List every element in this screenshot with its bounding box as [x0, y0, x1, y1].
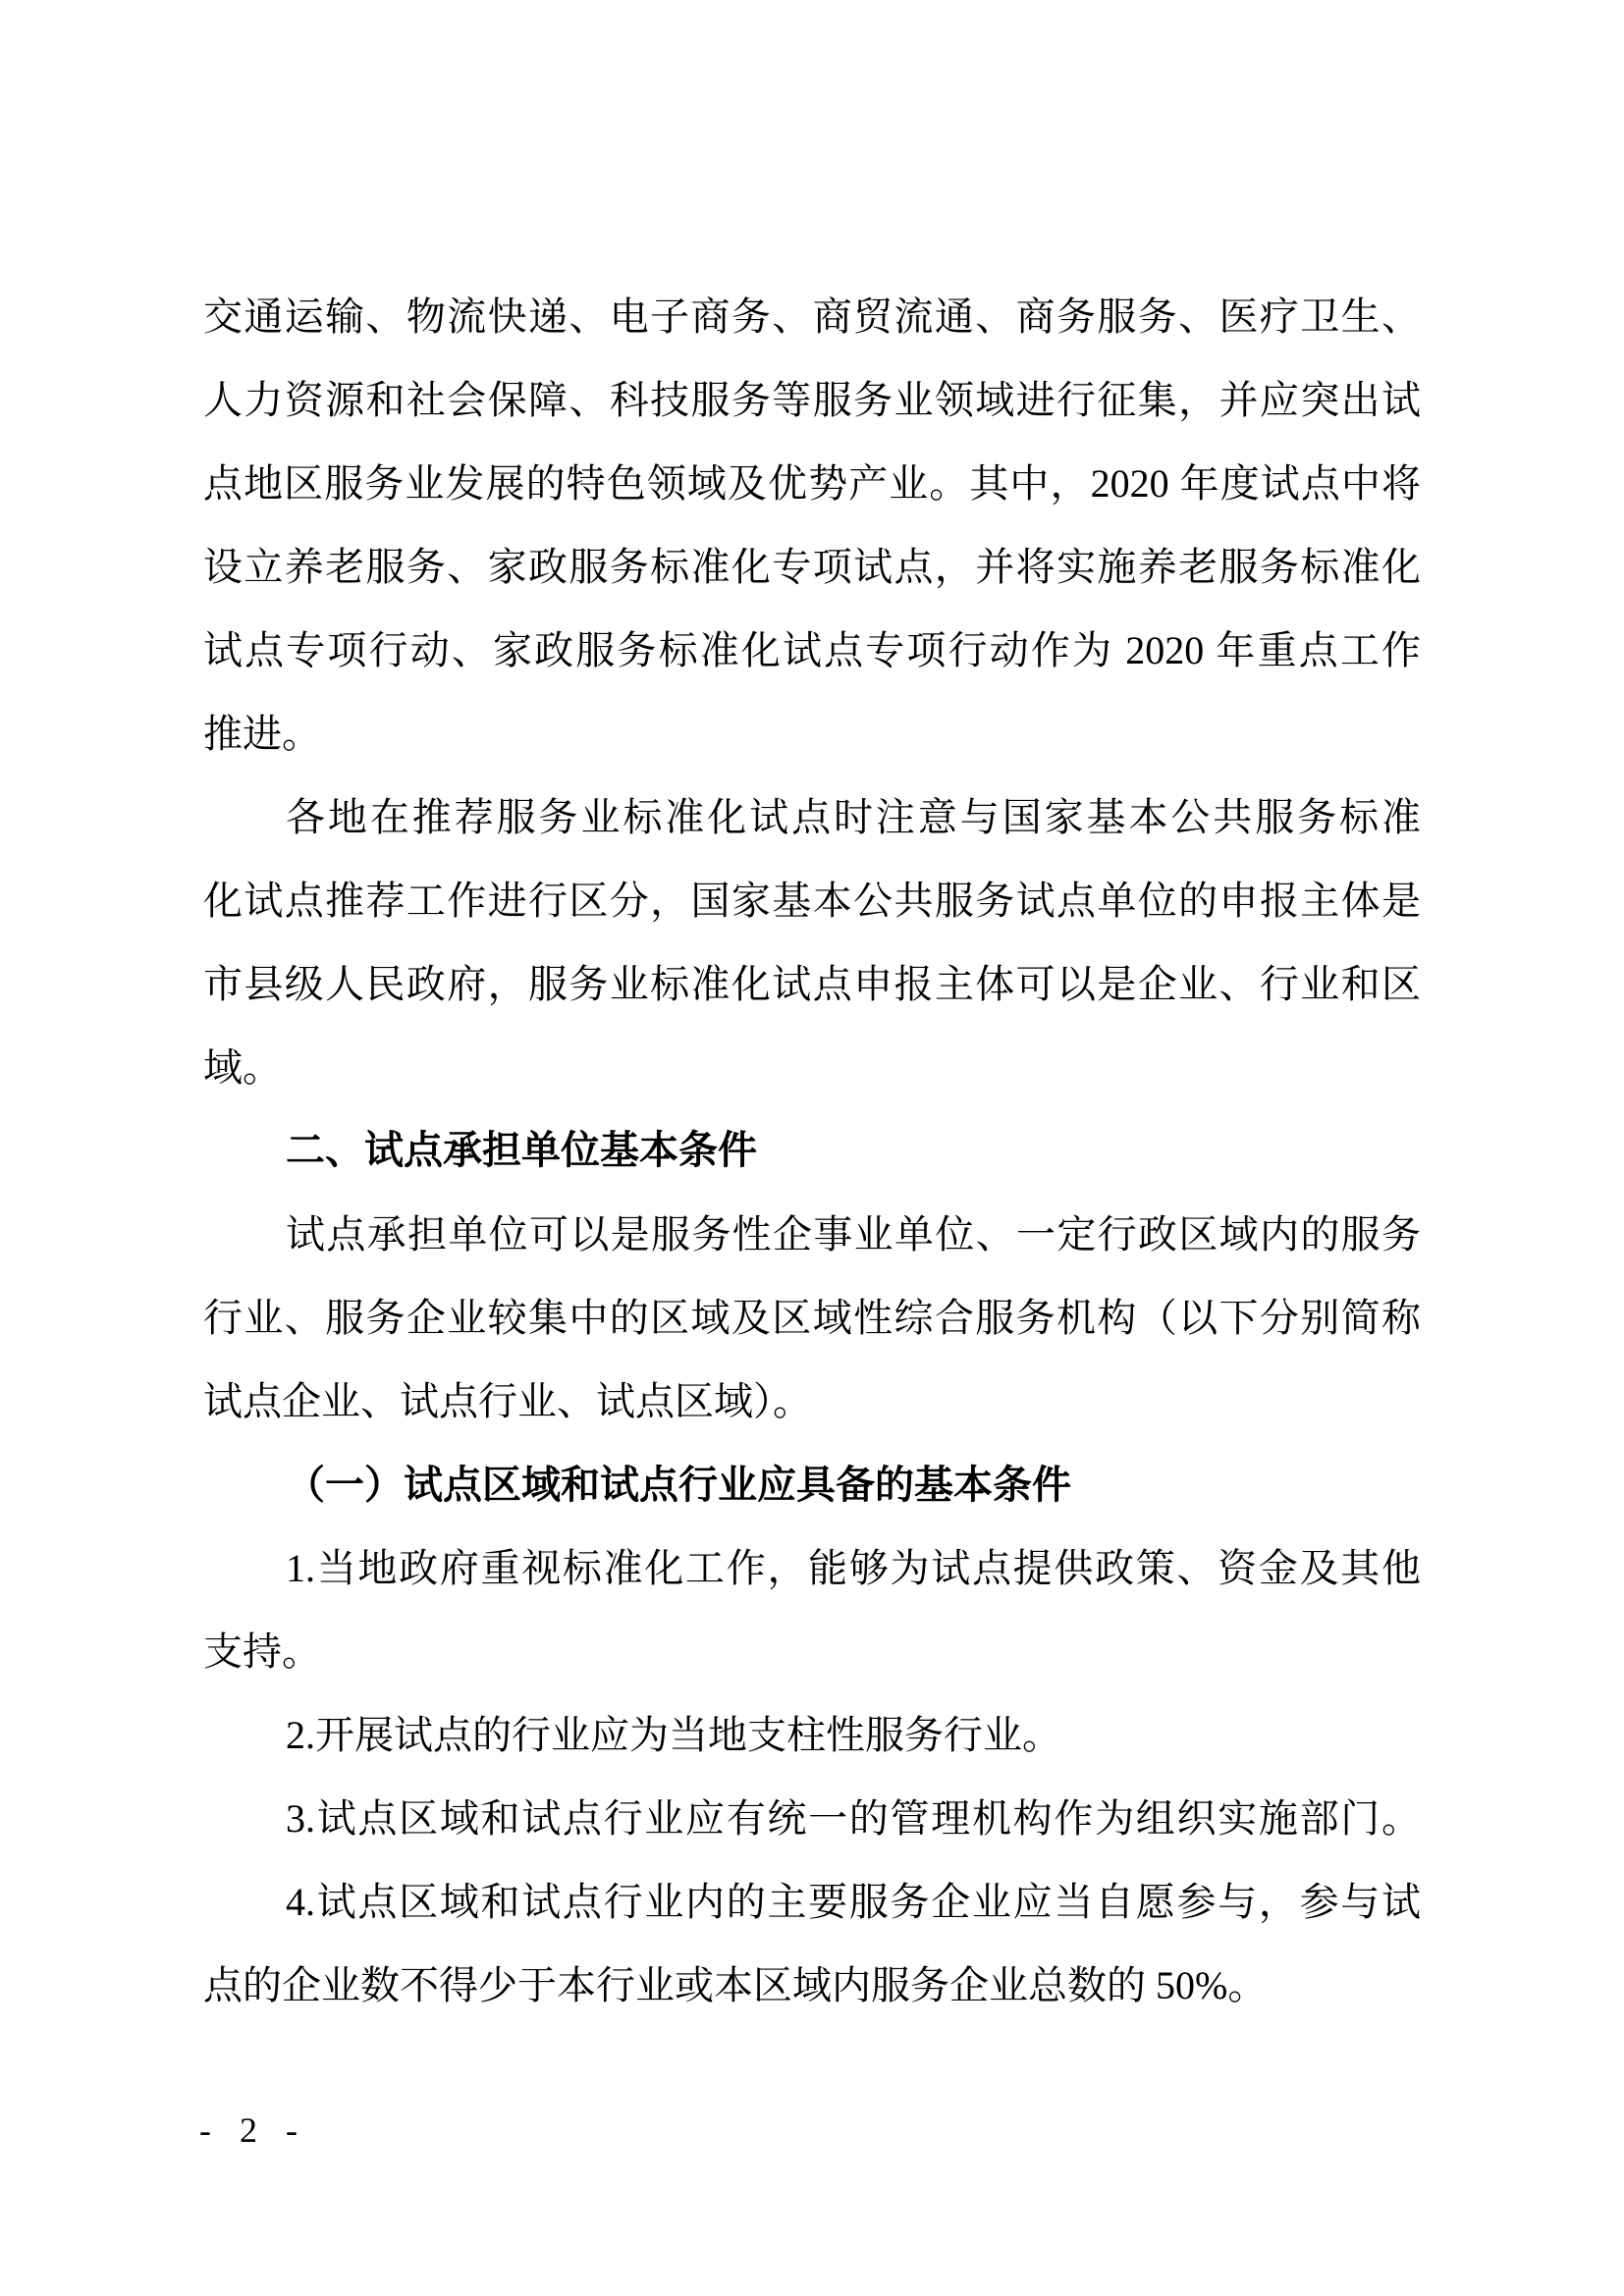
- subsection-heading: （一）试点区域和试点行业应具备的基本条件: [203, 1443, 1421, 1526]
- paragraph: 1.当地政府重视标准化工作，能够为试点提供政策、资金及其他 支持。: [203, 1526, 1421, 1693]
- paragraph: 各地在推荐服务业标准化试点时注意与国家基本公共服务标准 化试点推荐工作进行区分，…: [203, 775, 1421, 1109]
- body-line: 推进。: [203, 692, 1421, 775]
- body-line: 市县级人民政府，服务业标准化试点申报主体可以是企业、行业和区: [203, 942, 1421, 1026]
- body-line: 2.开展试点的行业应为当地支柱性服务行业。: [203, 1693, 1421, 1777]
- body-line: 化试点推荐工作进行区分，国家基本公共服务试点单位的申报主体是: [203, 859, 1421, 942]
- paragraph: 交通运输、物流快递、电子商务、商贸流通、商务服务、医疗卫生、 人力资源和社会保障…: [203, 275, 1421, 775]
- body-line: 各地在推荐服务业标准化试点时注意与国家基本公共服务标准: [203, 775, 1421, 859]
- page-number: - 2 -: [199, 2109, 307, 2152]
- paragraph: 2.开展试点的行业应为当地支柱性服务行业。: [203, 1693, 1421, 1777]
- body-line: 域。: [203, 1026, 1421, 1109]
- paragraph: 3.试点区域和试点行业应有统一的管理机构作为组织实施部门。: [203, 1777, 1421, 1860]
- body-line: 3.试点区域和试点行业应有统一的管理机构作为组织实施部门。: [203, 1777, 1421, 1860]
- paragraph: 试点承担单位可以是服务性企事业单位、一定行政区域内的服务 行业、服务企业较集中的…: [203, 1193, 1421, 1443]
- body-line: 设立养老服务、家政服务标准化专项试点，并将实施养老服务标准化: [203, 525, 1421, 609]
- body-line: 行业、服务企业较集中的区域及区域性综合服务机构（以下分别简称: [203, 1276, 1421, 1360]
- section-heading: 二、试点承担单位基本条件: [203, 1109, 1421, 1193]
- body-line: 支持。: [203, 1610, 1421, 1693]
- body-line: 试点企业、试点行业、试点区域）。: [203, 1360, 1421, 1443]
- body-line: 点的企业数不得少于本行业或本区域内服务企业总数的 50%。: [203, 1944, 1421, 2027]
- paragraph: 4.试点区域和试点行业内的主要服务企业应当自愿参与，参与试 点的企业数不得少于本…: [203, 1860, 1421, 2027]
- body-line: 点地区服务业发展的特色领域及优势产业。其中，2020 年度试点中将: [203, 442, 1421, 525]
- body-line: 人力资源和社会保障、科技服务等服务业领域进行征集，并应突出试: [203, 358, 1421, 442]
- body-line: 4.试点区域和试点行业内的主要服务企业应当自愿参与，参与试: [203, 1860, 1421, 1944]
- body-line: 交通运输、物流快递、电子商务、商贸流通、商务服务、医疗卫生、: [203, 275, 1421, 358]
- document-page: 交通运输、物流快递、电子商务、商贸流通、商务服务、医疗卫生、 人力资源和社会保障…: [0, 0, 1624, 2296]
- body-line: 试点承担单位可以是服务性企事业单位、一定行政区域内的服务: [203, 1193, 1421, 1276]
- body-line: 1.当地政府重视标准化工作，能够为试点提供政策、资金及其他: [203, 1526, 1421, 1610]
- body-line: 试点专项行动、家政服务标准化试点专项行动作为 2020 年重点工作: [203, 609, 1421, 692]
- document-body: 交通运输、物流快递、电子商务、商贸流通、商务服务、医疗卫生、 人力资源和社会保障…: [203, 275, 1421, 2027]
